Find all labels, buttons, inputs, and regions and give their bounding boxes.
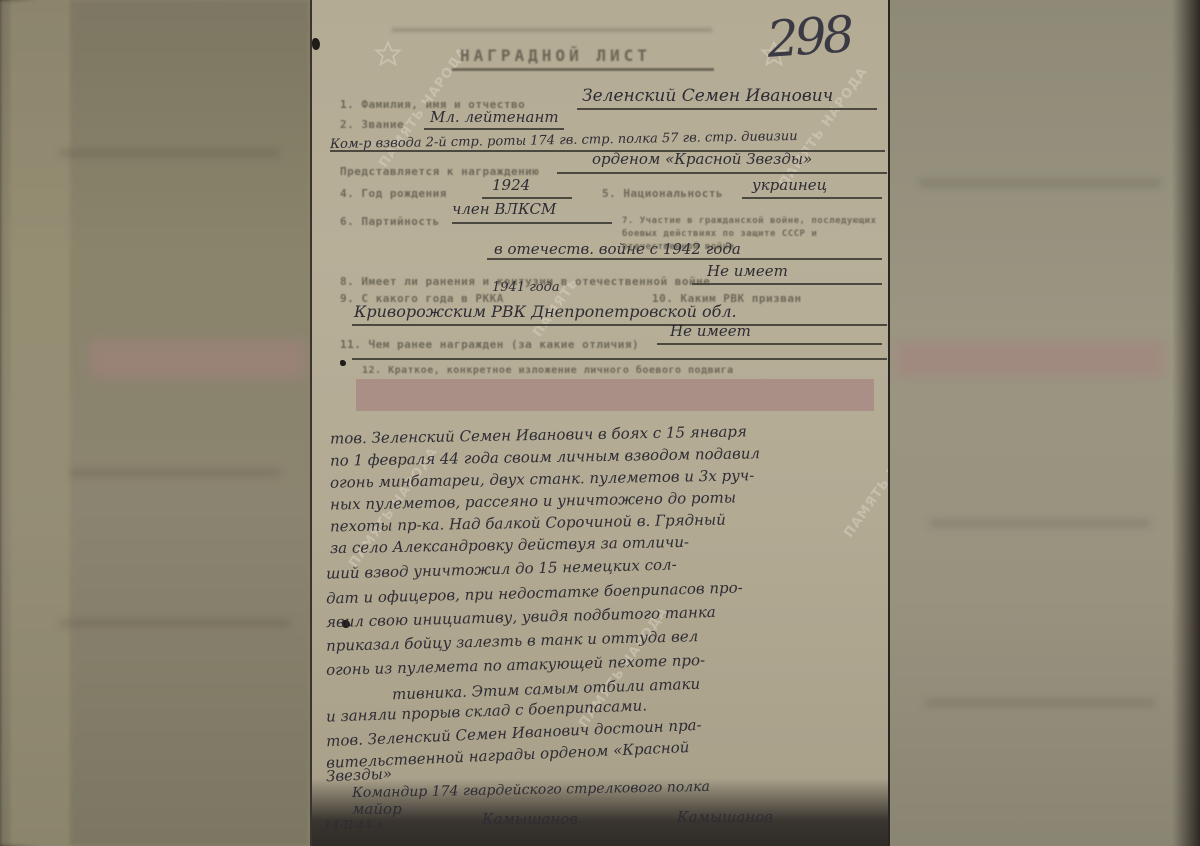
- signature-name: Камышанов: [677, 808, 773, 826]
- field-label-nationality: 5. Национальность: [602, 187, 723, 200]
- underline: [452, 222, 612, 224]
- underline: [352, 324, 887, 326]
- field-value-service: в отечеств. войне с 1942 года: [494, 240, 741, 258]
- blurred-background-left: [0, 0, 310, 846]
- underline: [577, 108, 877, 110]
- signature-date: 14-II-44 г.: [324, 818, 386, 832]
- field-value-rank: Мл. лейтенант: [430, 108, 559, 126]
- signature-mark: Камышанов: [482, 810, 578, 828]
- signature-role: Командир 174 гвардейского стрелкового по…: [352, 779, 710, 801]
- sheet-number: 298: [765, 5, 852, 69]
- blurred-line: [60, 620, 290, 626]
- field-value-party: член ВЛКСМ: [452, 200, 556, 218]
- watermark-text: ПАМЯТЬ НАРОДА: [841, 414, 890, 540]
- underline: [352, 358, 887, 360]
- underline: [692, 283, 882, 285]
- field-value-name: Зеленский Семен Иванович: [582, 86, 833, 106]
- underline: [742, 197, 882, 199]
- punch-hole: [312, 38, 320, 50]
- field-label-party: 6. Партийность: [340, 215, 440, 228]
- field-label-birth-year: 4. Год рождения: [340, 187, 447, 200]
- star-watermark-icon: [374, 40, 402, 68]
- field-value-army-year: 1941 года: [492, 280, 560, 295]
- narrative-line: за село Александровку действуя за отличи…: [330, 533, 689, 557]
- field-value-nationality: украинец: [752, 176, 827, 194]
- field-value-draft-office: Криворожским РВК Днепропетровской обл.: [354, 302, 737, 321]
- redaction-bar: [356, 379, 874, 411]
- field-value-wounds: Не имеет: [707, 262, 788, 280]
- blurred-background-right: [890, 0, 1200, 846]
- title-underline: [452, 68, 714, 71]
- underline: [557, 172, 887, 174]
- field-value-previous-awards: Не имеет: [670, 322, 751, 340]
- underline: [657, 343, 882, 345]
- narrative-line: по 1 февраля 44 года своим личным взводо…: [330, 444, 760, 470]
- faint-header-text: [392, 28, 712, 32]
- blurred-line: [920, 180, 1160, 186]
- field-value-birth-year: 1924: [492, 176, 530, 194]
- blurred-line: [60, 150, 280, 156]
- blurred-line: [70, 470, 280, 476]
- narrative-line: ший взвод уничтожил до 15 немецких сол-: [326, 555, 677, 582]
- underline: [487, 258, 882, 260]
- signature-rank: майор: [352, 800, 402, 818]
- narrative-line: ных пулеметов, рассеяно и уничтожено до …: [330, 488, 736, 513]
- narrative-line: огонь из пулемета по атакующей пехоте пр…: [326, 651, 705, 679]
- underline: [482, 197, 572, 199]
- document-title: НАГРАДНОЙ ЛИСТ: [460, 46, 651, 65]
- award-sheet-document: ПАМЯТЬ НАРОДА ПАМЯТЬ НАРОДА ПАМЯТЬ ПАМЯТ…: [310, 0, 890, 846]
- blurred-redaction-left: [90, 340, 305, 378]
- field-label-feat: 12. Краткое, конкретное изложение личног…: [362, 365, 734, 376]
- narrative-line: Звезды»: [326, 765, 393, 786]
- blurred-redaction-right: [895, 340, 1165, 378]
- field-label-rank: 2. Звание: [340, 118, 404, 131]
- punch-hole: [340, 360, 346, 366]
- narrative-line: огонь минбатареи, двух станк. пулеметов …: [330, 466, 754, 491]
- blurred-line: [925, 700, 1155, 706]
- narrative-line: тов. Зеленский Семен Иванович в боях с 1…: [330, 422, 747, 447]
- field-label-previous-awards: 11. Чем ранее награжден (за какие отличи…: [340, 338, 639, 351]
- blurred-line: [930, 520, 1150, 526]
- underline: [424, 128, 564, 130]
- field-value-award: орденом «Красной Звезды»: [592, 150, 812, 168]
